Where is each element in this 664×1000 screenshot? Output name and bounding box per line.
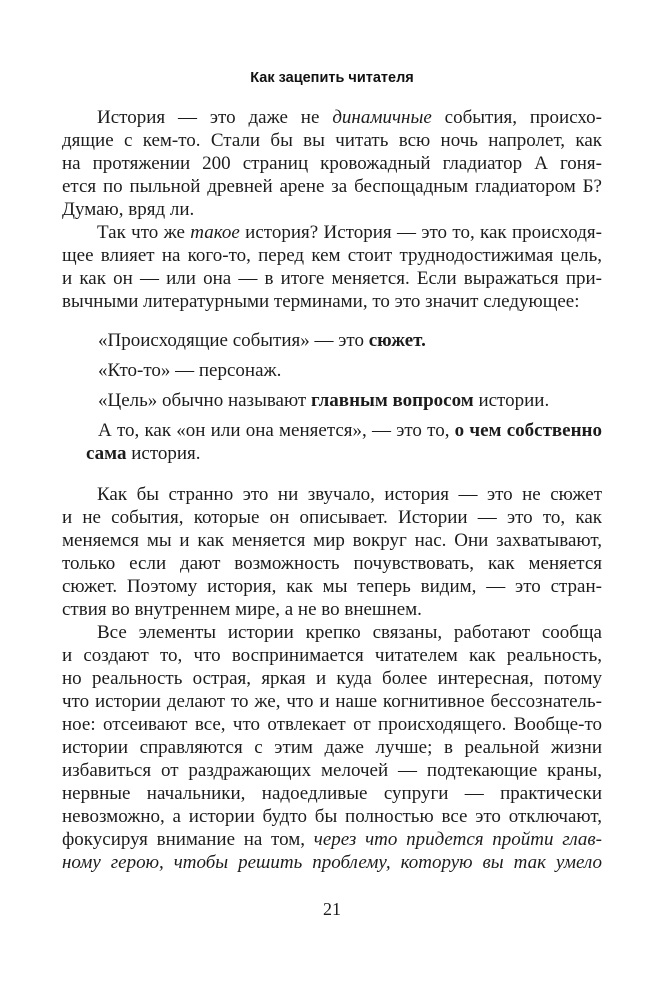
text-segment: ное: отсеивают все, что отвлекает от про…: [62, 714, 602, 735]
text-segment: Все элементы истории крепко связаны, раб…: [97, 622, 602, 643]
text-segment: А то, как «он или она меняется», — это т…: [98, 420, 455, 441]
text-segment: ствия во внутреннем мире, а не во внешне…: [62, 599, 422, 620]
text-line: «Кто-то» — персонаж.: [86, 359, 602, 382]
bold-text: главным вопросом: [311, 390, 474, 411]
bold-text: сюжет.: [369, 330, 426, 351]
text-line: но реальность острая, яркая и куда более…: [62, 667, 602, 690]
text-segment: события, происхо-: [432, 107, 602, 128]
text-segment: невозможно, а истории будто бы полностью…: [62, 806, 602, 827]
text-segment: истории.: [474, 390, 550, 411]
text-line: «Происходящие события» — это сюжет.: [86, 329, 602, 352]
text-line: Так что же такое история? История — это …: [62, 221, 602, 244]
text-line: невозможно, а истории будто бы полностью…: [62, 805, 602, 828]
list-item: «Кто-то» — персонаж.: [62, 359, 602, 382]
text-segment: «Кто-то» — персонаж.: [98, 360, 281, 381]
text-segment: и не события, которые он описывает. Исто…: [62, 507, 602, 528]
text-segment: избавиться от раздражающих мелочей — под…: [62, 760, 602, 781]
text-segment: Как бы странно это ни звучало, история —…: [97, 484, 602, 505]
text-line: История — это даже не динамичные события…: [62, 106, 602, 129]
bold-text: сама: [86, 443, 126, 464]
text-segment: нервные начальники, надоедливые супруги …: [62, 783, 602, 804]
text-line: и как он — или она — в итоге меняется. Е…: [62, 267, 602, 290]
text-segment: Думаю, вряд ли.: [62, 199, 194, 220]
text-segment: дящие с кем-то. Стали бы вы читать всю н…: [62, 130, 602, 151]
text-segment: История — это даже не: [97, 107, 332, 128]
list-item: «Цель» обычно называют главным вопросом …: [62, 389, 602, 412]
paragraph: Как бы странно это ни звучало, история —…: [62, 483, 602, 621]
italic-text: ному герою, чтобы решить проблему, котор…: [62, 852, 602, 873]
text-line: Все элементы истории крепко связаны, раб…: [62, 621, 602, 644]
text-segment: истории справляются с этим даже лучше; в…: [62, 737, 602, 758]
list-item: «Происходящие события» — это сюжет.: [62, 329, 602, 352]
text-line: вычными литературными терминами, то это …: [62, 290, 602, 313]
italic-text: динамичные: [332, 107, 431, 128]
page-number: 21: [62, 899, 602, 920]
text-segment: «Происходящие события» — это: [98, 330, 369, 351]
text-segment: только если дают возможность почувствова…: [62, 553, 602, 574]
text-line: и не события, которые он описывает. Исто…: [62, 506, 602, 529]
text-line: дящие с кем-то. Стали бы вы читать всю н…: [62, 129, 602, 152]
running-header: Как зацепить читателя: [62, 70, 602, 86]
text-segment: Так что же: [97, 222, 190, 243]
text-line: на протяжении 200 страниц кровожадный гл…: [62, 152, 602, 175]
text-line: меняемся мы и как меняется мир вокруг на…: [62, 529, 602, 552]
text-line: ется по пыльной древней арене за беспоща…: [62, 175, 602, 198]
book-page: Как зацепить читателя История — это даже…: [0, 0, 664, 1000]
text-segment: фокусируя внимание на том,: [62, 829, 314, 850]
text-segment: сюжет. Поэтому история, как мы теперь ви…: [62, 576, 602, 597]
text-segment: щее влияет на кого-то, перед кем стоит т…: [62, 245, 602, 266]
text-line: сюжет. Поэтому история, как мы теперь ви…: [62, 575, 602, 598]
text-segment: на протяжении 200 страниц кровожадный гл…: [62, 153, 602, 174]
page-body: История — это даже не динамичные события…: [62, 106, 602, 874]
text-segment: меняемся мы и как меняется мир вокруг на…: [62, 530, 602, 551]
text-line: А то, как «он или она меняется», — это т…: [86, 419, 602, 442]
italic-text: такое: [190, 222, 240, 243]
text-line: ствия во внутреннем мире, а не во внешне…: [62, 598, 602, 621]
text-line: избавиться от раздражающих мелочей — под…: [62, 759, 602, 782]
text-line: нервные начальники, надоедливые супруги …: [62, 782, 602, 805]
text-segment: и как он — или она — в итоге меняется. Е…: [62, 268, 602, 289]
text-segment: вычными литературными терминами, то это …: [62, 291, 579, 312]
text-line: сама история.: [86, 442, 602, 465]
text-line: «Цель» обычно называют главным вопросом …: [86, 389, 602, 412]
paragraph: Все элементы истории крепко связаны, раб…: [62, 621, 602, 874]
text-line: что истории делают то же, что и наше ког…: [62, 690, 602, 713]
bold-text: о чем собственно: [455, 420, 602, 441]
text-line: Думаю, вряд ли.: [62, 198, 602, 221]
text-segment: и создают то, что воспринимается читател…: [62, 645, 602, 666]
text-line: только если дают возможность почувствова…: [62, 552, 602, 575]
text-line: Как бы странно это ни звучало, история —…: [62, 483, 602, 506]
italic-text: через что придется пройти глав-: [314, 829, 602, 850]
text-segment: ется по пыльной древней арене за беспоща…: [62, 176, 602, 197]
paragraph: Так что же такое история? История — это …: [62, 221, 602, 313]
paragraph: История — это даже не динамичные события…: [62, 106, 602, 221]
text-line: фокусируя внимание на том, через что при…: [62, 828, 602, 851]
text-segment: история.: [126, 443, 200, 464]
list-item: А то, как «он или она меняется», — это т…: [62, 419, 602, 465]
text-line: ное: отсеивают все, что отвлекает от про…: [62, 713, 602, 736]
text-line: истории справляются с этим даже лучше; в…: [62, 736, 602, 759]
text-line: щее влияет на кого-то, перед кем стоит т…: [62, 244, 602, 267]
text-line: и создают то, что воспринимается читател…: [62, 644, 602, 667]
text-segment: «Цель» обычно называют: [98, 390, 311, 411]
text-segment: история? История — это то, как происходя…: [240, 222, 602, 243]
text-segment: что истории делают то же, что и наше ког…: [62, 691, 602, 712]
text-segment: но реальность острая, яркая и куда более…: [62, 668, 602, 689]
text-line: ному герою, чтобы решить проблему, котор…: [62, 851, 602, 874]
